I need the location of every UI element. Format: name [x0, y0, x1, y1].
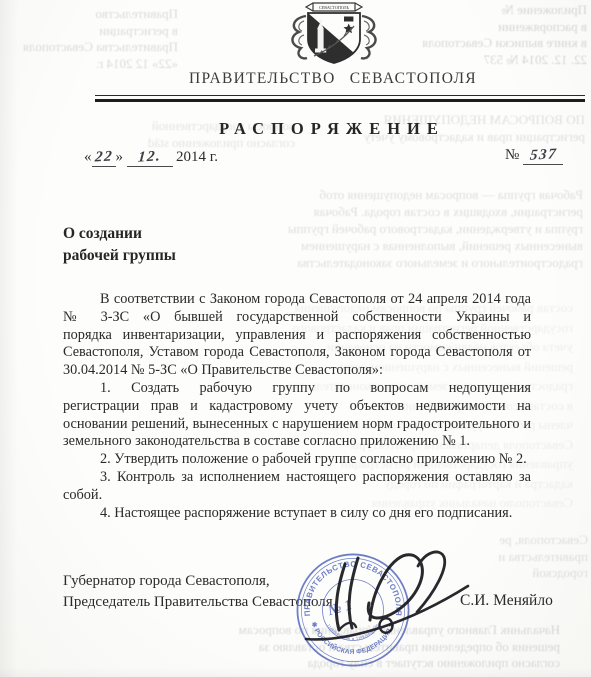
subject-line-1: О создании	[63, 223, 176, 245]
open-quote: «	[84, 149, 92, 165]
body-line: регистрации прав и кадастровому учету об…	[63, 398, 531, 416]
government-name: ПРАВИТЕЛЬСТВО СЕВАСТОПОЛЯ	[103, 70, 563, 88]
header-rule-thin	[95, 95, 585, 96]
document-number-line: №537	[505, 147, 563, 165]
bleedthrough-text: Рабочая группа — вопросам недопущения от…	[128, 186, 583, 271]
body-line: 2. Утвердить положение о рабочей группе …	[63, 451, 531, 469]
body-line: Севастополя, Уставом города Севастополя,…	[63, 344, 531, 362]
body-line: порядка инвентаризации, управления и рас…	[63, 327, 531, 345]
signer-position-line-1: Губернатор города Севастополя,	[63, 571, 333, 592]
close-quote: »	[116, 149, 124, 165]
signer-position-line-2: Председатель Правительства Севастополя	[63, 592, 333, 613]
body-line: 1. Создать рабочую группу по вопросам не…	[63, 380, 531, 398]
document-type-title: РАСПОРЯЖЕНИЕ	[112, 119, 552, 139]
emblem-banner-label: СЕВАСТОПОЛЬ	[319, 5, 350, 10]
header-rule-thick	[95, 99, 585, 102]
body-line: № 3-ЗС «О бывшей государственной собстве…	[63, 309, 531, 327]
number-sign: №	[505, 147, 519, 163]
bleedthrough-text: Приложение № в распоряжении в книге выпи…	[392, 2, 587, 68]
subject-line-2: рабочей группы	[63, 245, 176, 267]
body-line: 4. Настоящее распоряжение вступает в сил…	[63, 505, 531, 523]
signer-position: Губернатор города Севастополя, Председат…	[63, 571, 333, 613]
year-label: 2014 г.	[176, 149, 218, 165]
scanned-document-page: Правительство в регистрации Правительств…	[0, 0, 591, 677]
date-line: «22»12.2014 г.	[84, 149, 218, 167]
handwritten-day: 22	[94, 149, 114, 167]
body-line: В соответствии с Законом города Севастоп…	[63, 291, 531, 309]
subject-heading: О создании рабочей группы	[63, 223, 176, 266]
handwritten-number: 537	[529, 146, 558, 164]
document-body: В соответствии с Законом города Севастоп…	[63, 291, 531, 522]
body-line: 30.04.2014 № 5-ЗС «О Правительстве Севас…	[63, 362, 531, 380]
handwritten-signature	[296, 540, 500, 656]
body-line: собой.	[63, 487, 531, 505]
bleedthrough-text: Правительство в регистрации Правительств…	[8, 6, 178, 72]
body-line: основании решений, вынесенных с нарушени…	[63, 416, 531, 434]
body-line: 3. Контроль за исполнением настоящего ра…	[63, 469, 531, 487]
handwritten-month: 12.	[138, 148, 163, 166]
sevastopol-coat-of-arms-icon: СЕВАСТОПОЛЬ	[284, 1, 384, 65]
body-line: земельного законодательства в составе со…	[63, 433, 531, 451]
